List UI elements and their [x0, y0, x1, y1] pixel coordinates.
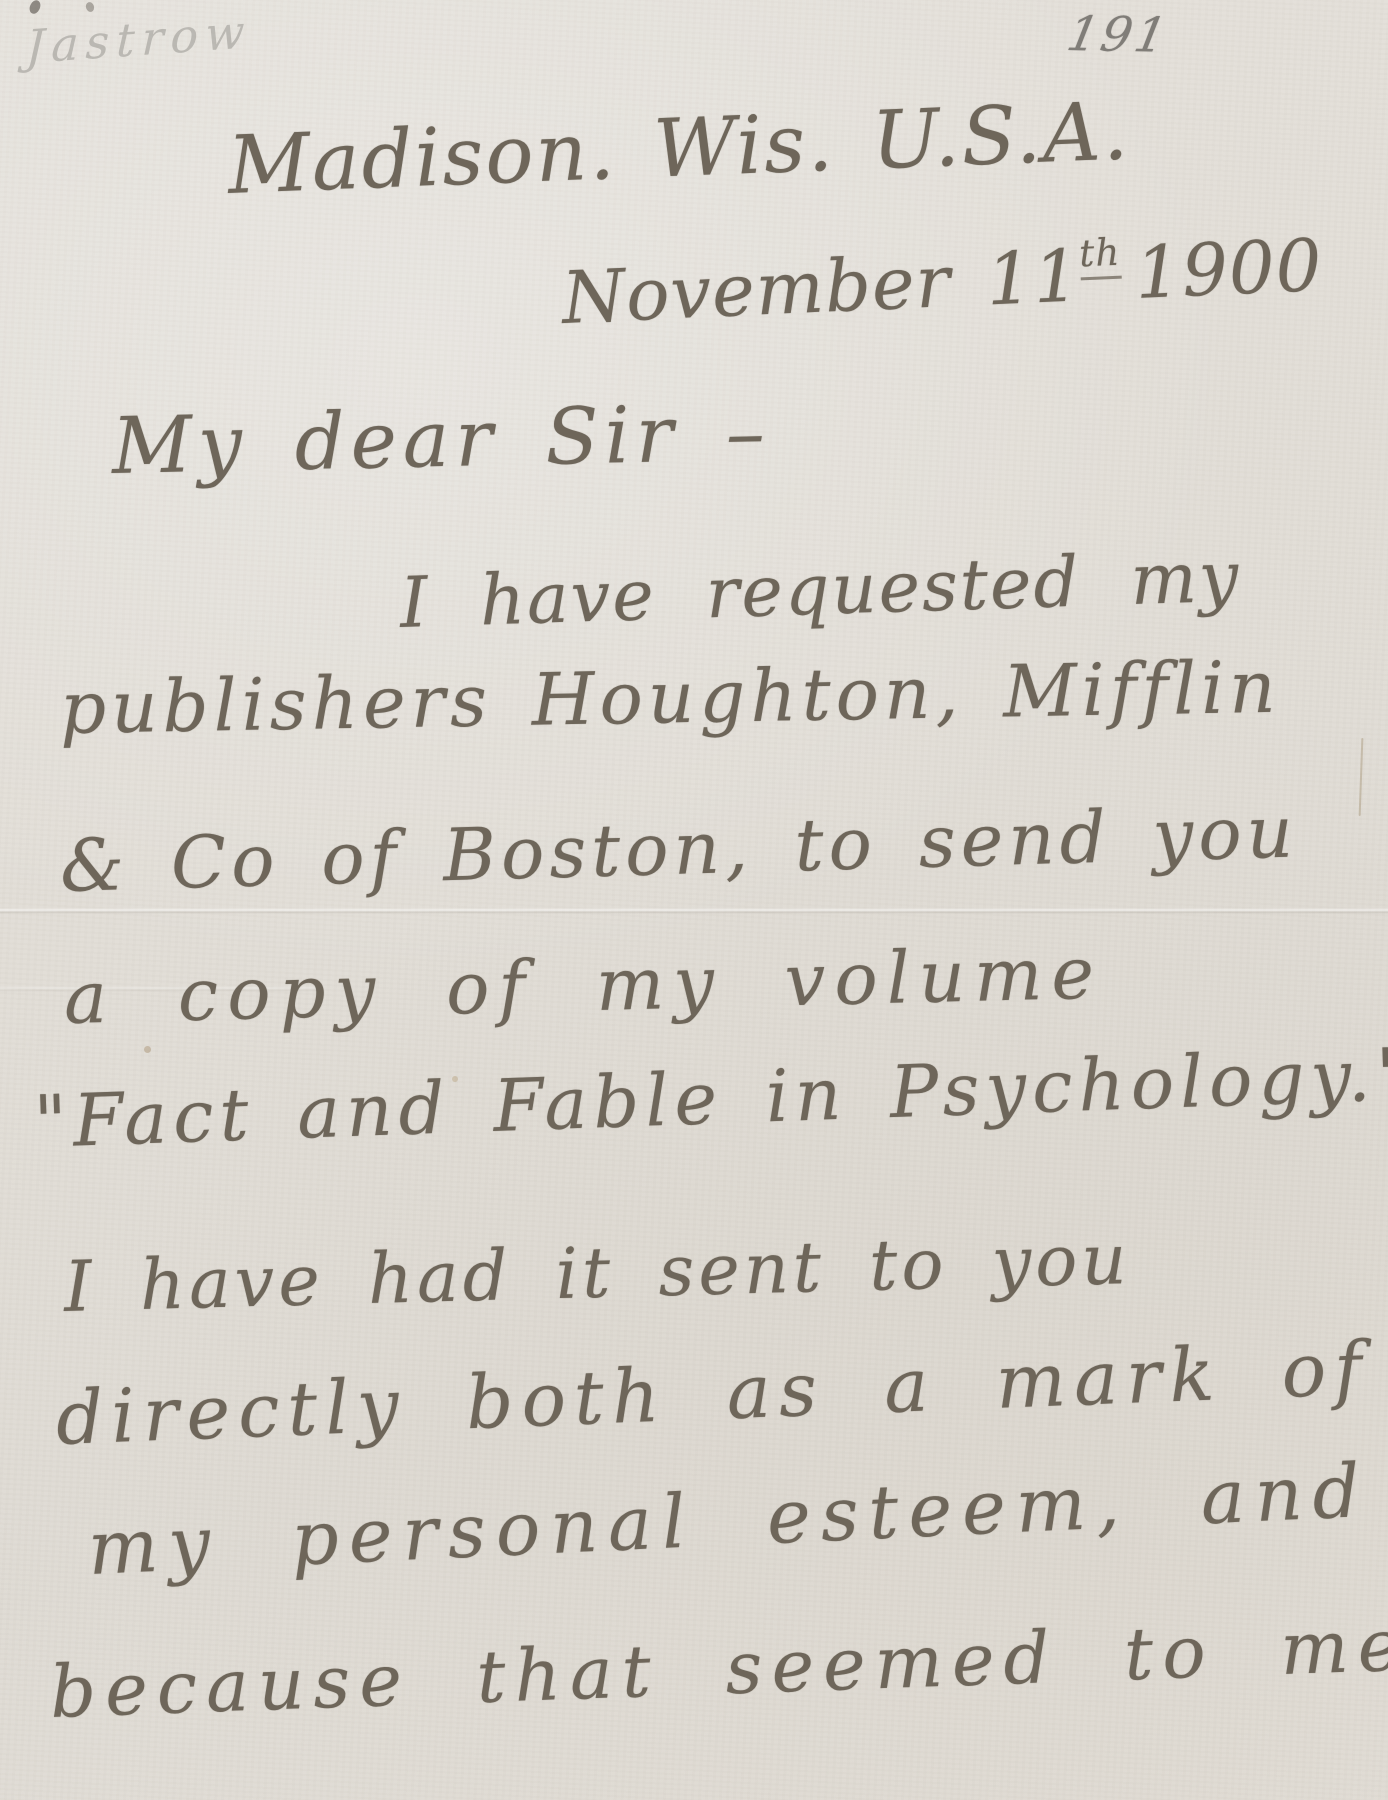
body-line: a copy of my volume: [63, 937, 1104, 1034]
date-year: 1900: [1133, 223, 1324, 315]
body-line: & Co of Boston, to send you: [59, 795, 1299, 902]
body-line: directly both as a mark of: [55, 1332, 1371, 1456]
paper-speck: [28, 0, 43, 15]
paper-fiber: [1359, 738, 1364, 816]
letter-page: Jastrow 191 Madison. Wis. U.S.A. Novembe…: [0, 0, 1388, 1800]
letterhead-place-line: Madison. Wis. U.S.A.: [226, 91, 1131, 206]
paper-stain: [144, 1046, 151, 1053]
date-prefix: November 11: [560, 233, 1082, 340]
body-line: I have requested my: [399, 542, 1241, 638]
date-ordinal: th: [1078, 230, 1121, 281]
paper-speck: [85, 1, 96, 13]
body-line: because that seemed to me: [49, 1609, 1388, 1728]
pencil-annotation-author: Jastrow: [25, 8, 252, 70]
page-number: 191: [1063, 10, 1173, 60]
body-line-book-title: "Fact and Fable in Psychology.": [33, 1038, 1388, 1158]
body-line: my personal esteem, and: [86, 1454, 1371, 1586]
fold-crease: [0, 908, 1388, 914]
letterhead-date-line: November 11th1900: [560, 225, 1323, 334]
body-line: I have had it sent to you: [63, 1224, 1131, 1322]
body-line: publishers Houghton, Mifflin: [59, 651, 1281, 744]
salutation: My dear Sir –: [111, 394, 771, 486]
